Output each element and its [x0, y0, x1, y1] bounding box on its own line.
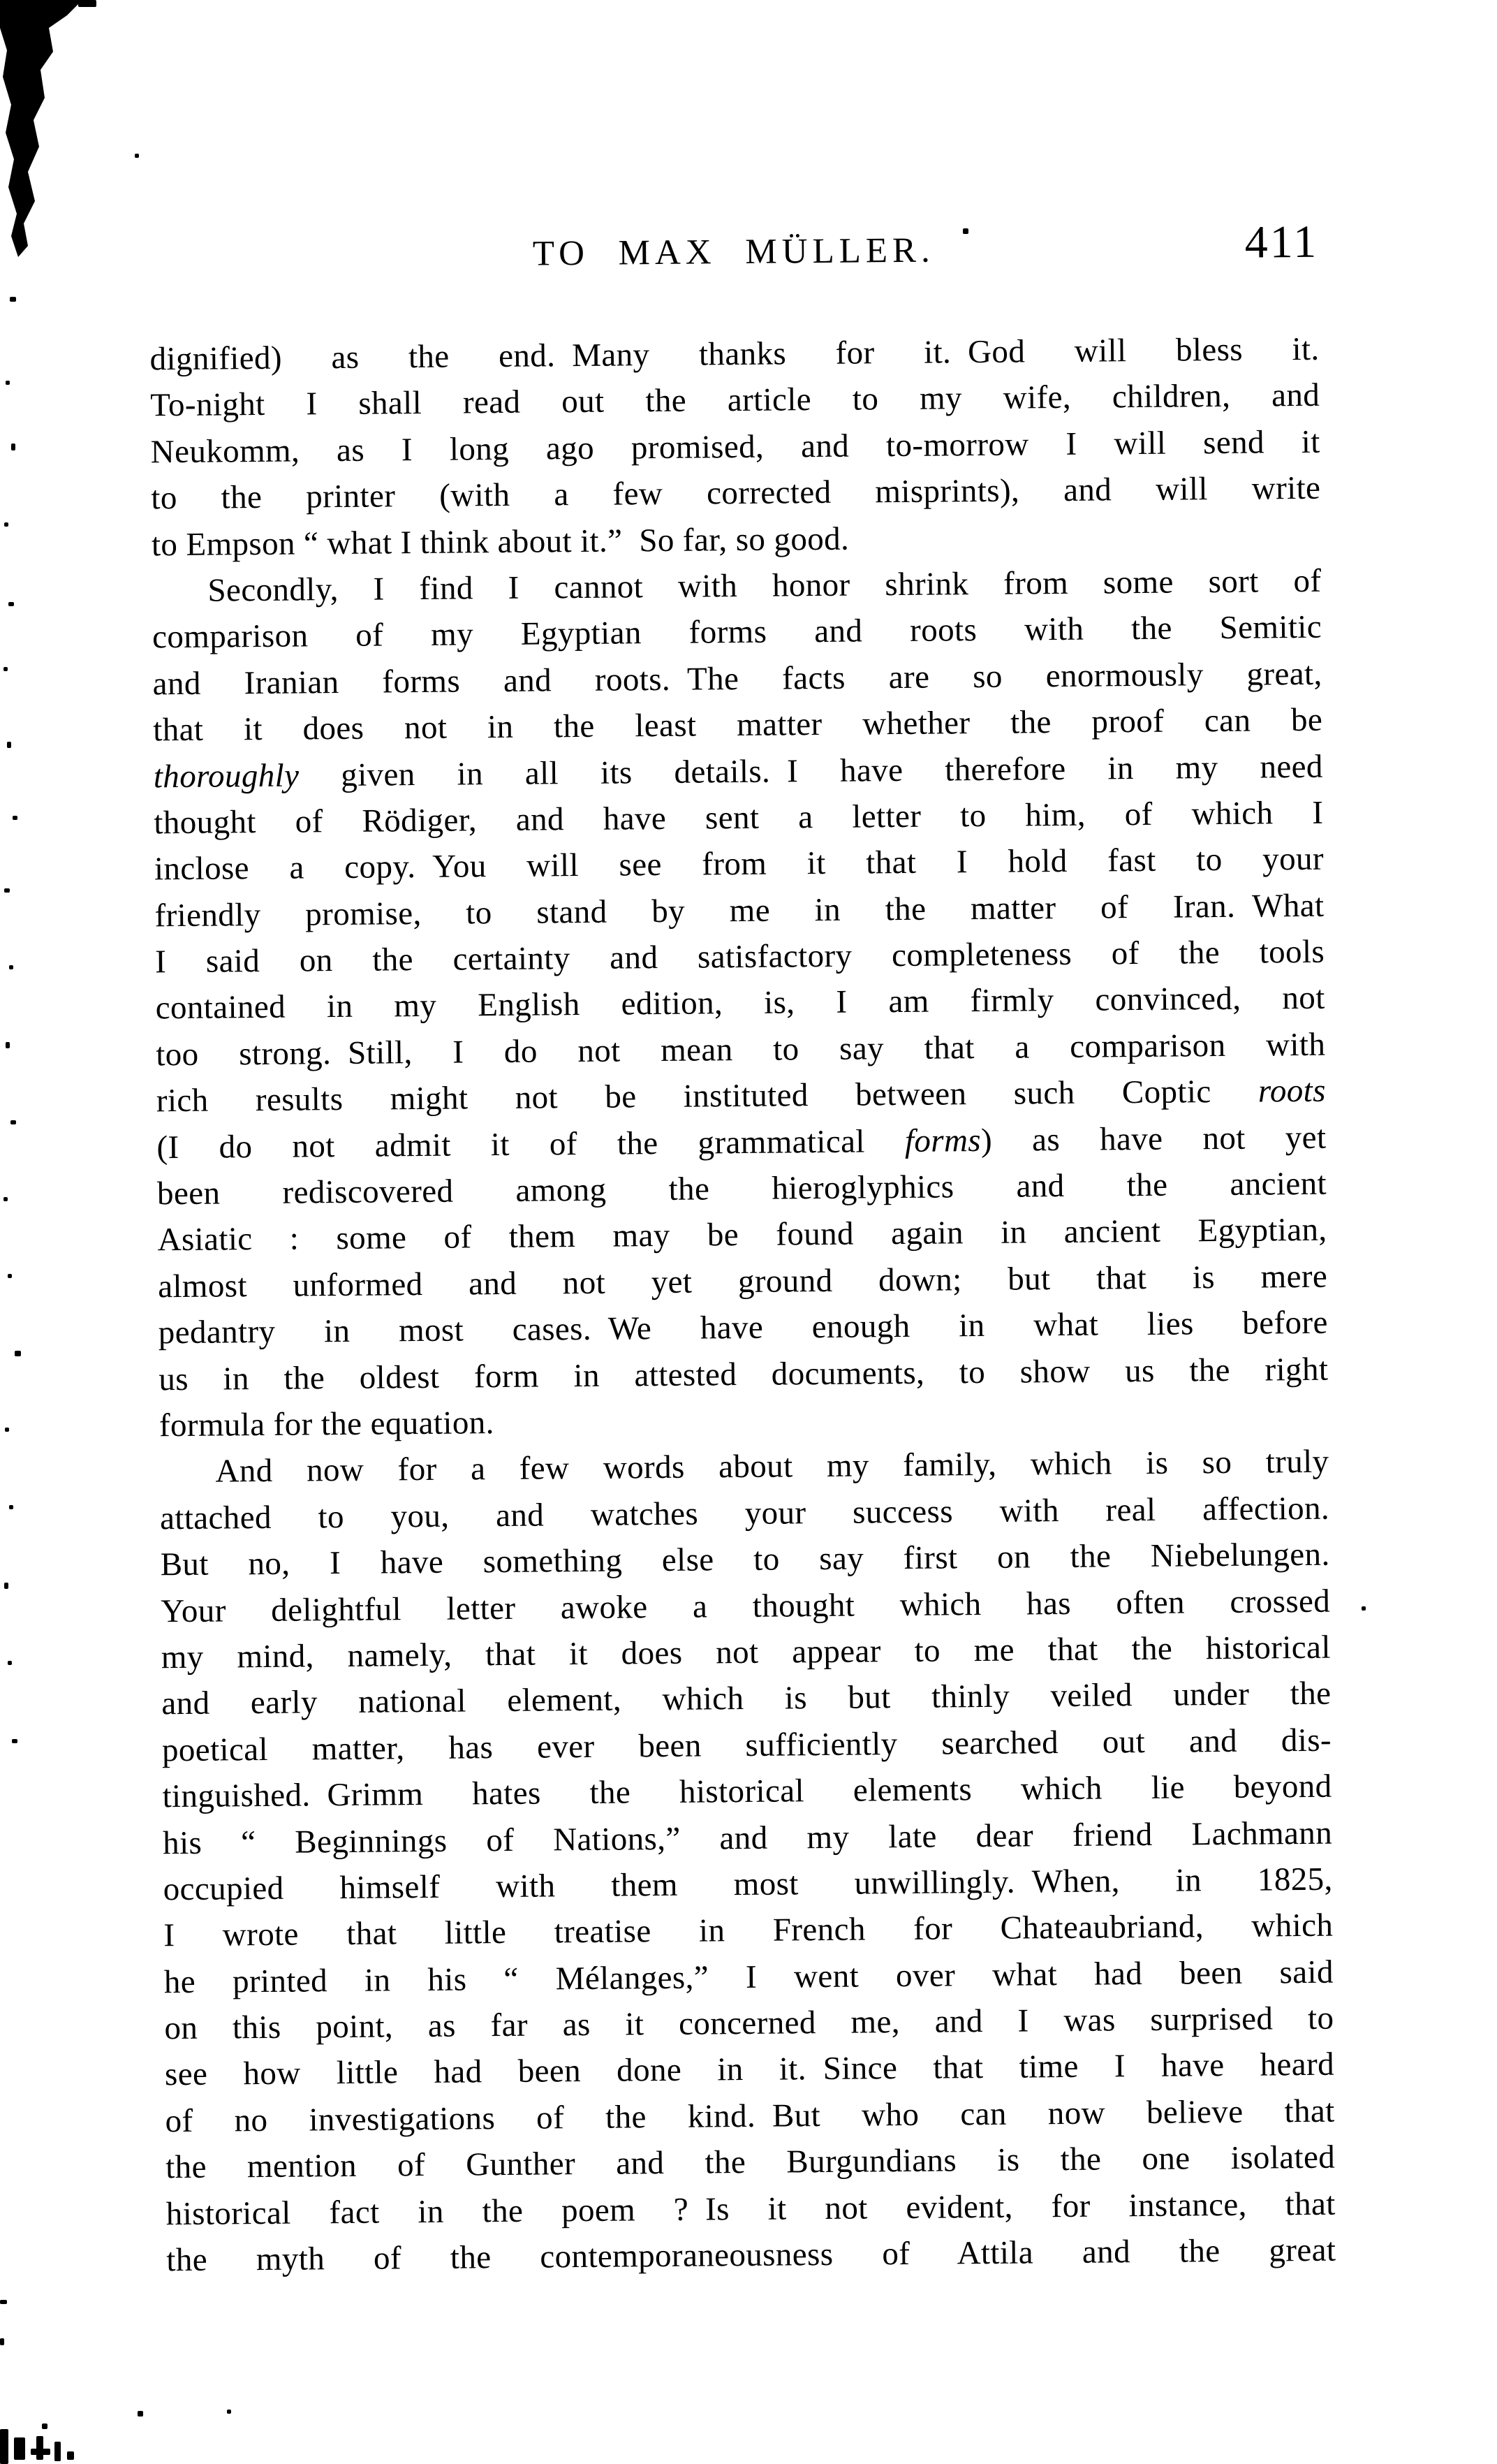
text-segment: attached to you, and watches your succes… [160, 1490, 1329, 1537]
text-segment: friendly promise, to stand by me in the … [154, 887, 1324, 934]
text-segment: rich results might not be instituted bet… [156, 1073, 1258, 1120]
scan-speck-artifact [50, 4, 64, 14]
scan-speck-artifact [10, 1120, 16, 1124]
italic-text: roots [1258, 1073, 1326, 1110]
scan-speck-artifact [14, 2437, 25, 2460]
text-segment: too strong. Still, I do not mean to say … [156, 1027, 1325, 1073]
scan-speck-artifact [67, 2451, 74, 2460]
text-segment: and early national element, which is but… [161, 1675, 1331, 1722]
text-segment: the myth of the contemporaneousness of A… [166, 2232, 1336, 2279]
text-segment: But no, I have something else to say fir… [160, 1537, 1329, 1583]
text-segment: given in all its details. I have therefo… [299, 748, 1323, 793]
text-segment: see how little had been done in it. Sinc… [165, 2046, 1334, 2093]
scan-speck-artifact [6, 381, 10, 385]
text-segment: To-night I shall read out the article to… [150, 377, 1320, 424]
text-segment: formula for the equation. [159, 1405, 494, 1444]
text-segment: almost unformed and not yet ground down;… [158, 1258, 1327, 1305]
italic-text: forms [905, 1122, 982, 1159]
text-segment: comparison of my Egyptian forms and root… [152, 609, 1322, 656]
letter-body: dignified) as the end. Many thanks for i… [149, 326, 1336, 2284]
text-segment: pedantry in most cases. We have enough i… [158, 1305, 1328, 1351]
scan-speck-artifact [11, 443, 15, 450]
scan-speck-artifact [0, 2300, 7, 2304]
scan-speck-artifact [227, 2410, 231, 2414]
text-segment: my mind, namely, that it does not appear… [161, 1629, 1331, 1676]
text-segment: I said on the certainty and satisfactory… [155, 934, 1325, 981]
page-number: 411 [1244, 216, 1318, 270]
text-segment: thought of Rödiger, and have sent a lett… [154, 795, 1323, 842]
text-segment: And now for a few words about my family,… [215, 1444, 1329, 1490]
scan-speck-artifact [4, 522, 8, 527]
scan-speck-artifact [78, 0, 96, 7]
text-segment: poetical matter, has ever been sufficien… [162, 1722, 1332, 1768]
scan-speck-artifact [138, 2411, 143, 2417]
scan-speck-artifact [8, 1661, 12, 1665]
scan-speck-artifact [135, 154, 139, 158]
text-segment: historical fact in the poem ? Is it not … [166, 2185, 1336, 2232]
text-segment: Your delightful letter awoke a thought w… [161, 1583, 1330, 1629]
page-content: TO MAX MÜLLER. 411 dignified) as the end… [147, 0, 1336, 2284]
text-line: the myth of the contemporaneousness of A… [166, 2227, 1336, 2284]
text-segment: contained in my English edition, is, I a… [156, 980, 1325, 1027]
text-segment: that it does not in the least matter whe… [153, 702, 1322, 749]
scan-speck-artifact [6, 1042, 10, 1048]
scan-speck-artifact [8, 602, 14, 606]
scan-speck-artifact [963, 228, 968, 234]
scan-speck-artifact [1362, 1606, 1366, 1611]
scan-speck-artifact [13, 816, 17, 820]
text-segment: (I do not admit it of the grammatical [156, 1123, 905, 1166]
scan-speck-artifact [3, 1197, 8, 1201]
scan-speck-artifact [23, 96, 27, 109]
scan-speck-artifact [9, 965, 13, 969]
scan-speck-artifact [8, 1274, 12, 1278]
ink-blot-artifact [0, 0, 140, 279]
text-segment: inclose a copy. You will see from it tha… [154, 841, 1324, 888]
text-segment: I wrote that little treatise in French f… [163, 1907, 1333, 1954]
scan-speck-artifact [0, 2429, 8, 2464]
scan-speck-artifact [4, 888, 10, 893]
text-segment: Secondly, I find I cannot with honor shr… [207, 563, 1321, 609]
scan-speck-artifact [31, 2449, 50, 2455]
text-segment: to Empson “ what I think about it.” So f… [152, 520, 850, 563]
scan-speck-artifact [36, 2436, 43, 2460]
text-segment: on this point, as far as it concerned me… [164, 2000, 1334, 2047]
text-segment: and Iranian forms and roots. The facts a… [152, 655, 1322, 702]
scan-speck-artifact [12, 1739, 17, 1743]
text-segment: dignified) as the end. Many thanks for i… [149, 331, 1319, 378]
scan-speck-artifact [7, 742, 11, 748]
text-segment: tinguished. Grimm hates the historical e… [162, 1768, 1332, 1815]
scan-speck-artifact [54, 2442, 61, 2461]
text-segment: his “ Beginnings of Nations,” and my lat… [163, 1814, 1332, 1861]
text-segment: to the printer (with a few corrected mis… [151, 470, 1320, 517]
scan-speck-artifact [4, 1583, 8, 1589]
running-title: TO MAX MÜLLER. [149, 227, 1318, 278]
scanned-book-page: TO MAX MÜLLER. 411 dignified) as the end… [0, 0, 1497, 2464]
scan-speck-artifact [3, 667, 8, 671]
text-segment: he printed in his “ Mélanges,” I went ov… [164, 1953, 1334, 2000]
text-segment: occupied himself with them most unwillin… [163, 1861, 1333, 1908]
text-segment: us in the oldest form in attested docume… [158, 1351, 1328, 1398]
text-segment: of no investigations of the kind. But wh… [165, 2092, 1334, 2139]
scan-speck-artifact [15, 1351, 21, 1356]
text-segment: been rediscovered among the hieroglyphic… [157, 1166, 1327, 1212]
scan-speck-artifact [5, 1428, 9, 1432]
text-segment: Asiatic : some of them may be found agai… [157, 1212, 1327, 1259]
scan-speck-artifact [10, 297, 16, 302]
ink-blot-shape [0, 0, 82, 257]
scan-speck-artifact [0, 2338, 4, 2345]
page-header: TO MAX MÜLLER. 411 [149, 227, 1318, 282]
italic-text: thoroughly [154, 757, 300, 795]
scan-speck-artifact [42, 2423, 47, 2429]
text-segment: ) as have not yet [981, 1119, 1327, 1158]
scan-speck-artifact [9, 1505, 13, 1509]
text-segment: Neukomm, as I long ago promised, and to-… [151, 424, 1320, 471]
text-segment: the mention of Gunther and the Burgundia… [165, 2139, 1335, 2186]
